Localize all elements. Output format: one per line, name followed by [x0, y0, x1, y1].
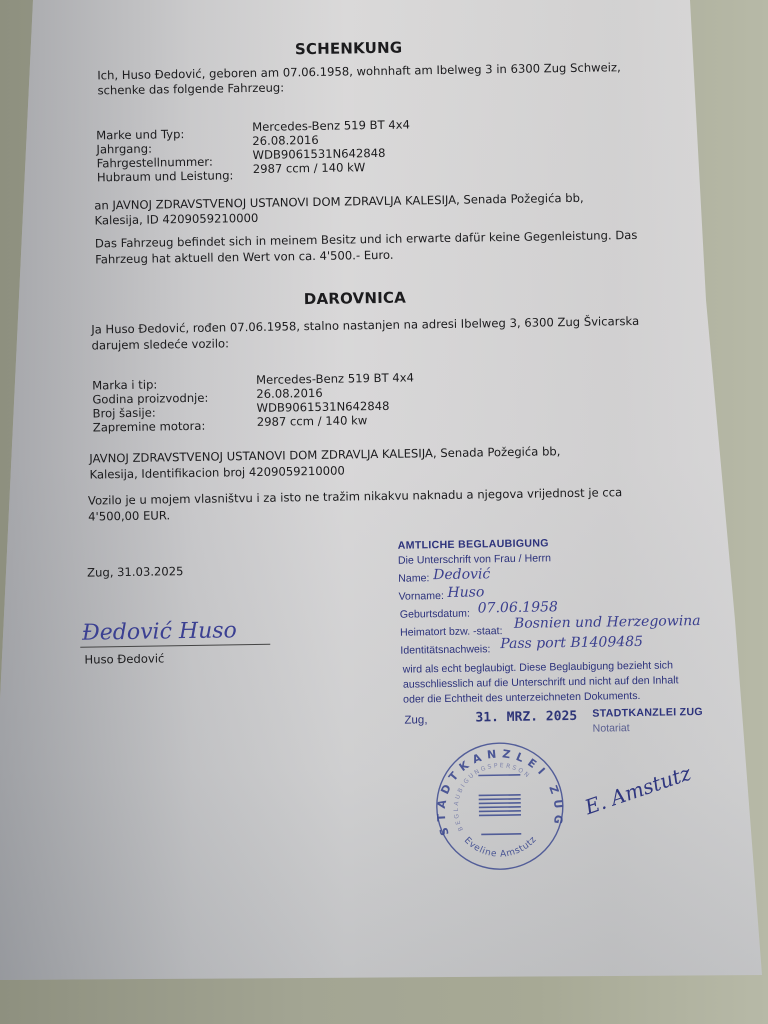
- cert-place: Zug,: [404, 715, 427, 727]
- cert-label-vorname: Vorname:: [398, 591, 444, 602]
- schenkung-intro-line2: schenke das folgende Fahrzeug:: [97, 82, 284, 97]
- field-value: 2987 ccm / 140 kW: [253, 160, 366, 176]
- field-label: Jahrgang:: [96, 142, 152, 157]
- cert-value-name: Dedović: [433, 567, 490, 582]
- certification-heading: AMTLICHE BEGLAUBIGUNG: [398, 538, 549, 551]
- field-label: Zapremine motora:: [93, 419, 206, 435]
- cert-value-vorname: Huso: [447, 585, 484, 600]
- darovnica-closing-line1: Vozilo je u mojem vlasništvu i za isto n…: [88, 487, 622, 507]
- cert-office: STADTKANZLEI ZUG: [592, 707, 703, 719]
- cert-statement-line1: wird als echt beglaubigt. Diese Beglaubi…: [403, 660, 673, 675]
- svg-text:STADTKANZLEI ZUG: STADTKANZLEI ZUG: [434, 746, 566, 837]
- darovnica-title: DAROVNICA: [304, 291, 406, 308]
- cert-label-name: Name:: [398, 573, 429, 584]
- darovnica-intro-line2: darujem sledeće vozilo:: [91, 338, 229, 352]
- schenkung-closing-line1: Das Fahrzeug befindet sich in meinem Bes…: [95, 230, 638, 250]
- cert-statement-line3: oder die Echtheit des unterzeichneten Do…: [403, 691, 640, 705]
- field-label: Hubraum und Leistung:: [97, 168, 234, 184]
- official-stamp-seal: STADTKANZLEI ZUG BEGLAUBIGUNGSPERSON Eve…: [434, 740, 566, 872]
- stamp-outer-text: STADTKANZLEI ZUG: [434, 746, 566, 837]
- schenkung-intro-line1: Ich, Huso Đedović, geboren am 07.06.1958…: [97, 62, 621, 82]
- field-value: WDB9061531N642848: [256, 399, 389, 415]
- cert-value-geburtsdatum: 07.06.1958: [478, 600, 558, 615]
- cert-statement-line2: ausschliesslich auf die Unterschrift und…: [403, 675, 679, 690]
- schenkung-recipient-line1: an JAVNOJ ZDRAVSTVENOJ USTANOVI DOM ZDRA…: [94, 193, 583, 212]
- field-label: Marke und Typ:: [96, 127, 184, 142]
- cert-office-sub: Notariat: [593, 723, 630, 734]
- cert-label-identitaet: Identitätsnachweis:: [400, 644, 490, 656]
- schenkung-closing-line2: Fahrzeug hat aktuell den Wert von ca. 4'…: [95, 250, 394, 266]
- notary-signature: E. Amstutz: [582, 763, 693, 818]
- cert-value-identitaet: Pass port B1409485: [500, 635, 643, 651]
- stamp-bottom-text: Eveline Amstutz: [462, 835, 539, 861]
- place-date: Zug, 31.03.2025: [87, 566, 184, 579]
- cert-value-heimatort: Bosnien und Herzegowina: [514, 614, 701, 631]
- darovnica-closing-line2: 4'500,00 EUR.: [88, 510, 170, 523]
- field-value: 26.08.2016: [256, 386, 323, 401]
- handwritten-signature: Đedović Huso: [82, 620, 237, 644]
- field-value: 2987 ccm / 140 kw: [257, 413, 368, 429]
- schenkung-title: SCHENKUNG: [295, 41, 403, 58]
- field-label: Marka i tip:: [92, 377, 157, 392]
- field-value: Mercedes-Benz 519 BT 4x4: [252, 117, 410, 133]
- darovnica-recipient-line2: Kalesija, Identifikacion broj 4209059210…: [89, 466, 344, 482]
- document-content: SCHENKUNG Ich, Huso Đedović, geboren am …: [0, 0, 768, 1024]
- schenkung-recipient-line2: Kalesija, ID 4209059210000: [94, 213, 258, 227]
- cert-date-stamp: 31. MRZ. 2025: [475, 710, 577, 725]
- svg-text:Eveline Amstutz: Eveline Amstutz: [462, 835, 539, 861]
- field-label: Broj šasije:: [92, 406, 155, 421]
- cert-label-geburtsdatum: Geburtsdatum:: [400, 609, 470, 621]
- cert-label-heimatort: Heimatort bzw. -staat:: [400, 626, 503, 638]
- printed-name: Huso Đedović: [84, 653, 164, 666]
- stamp-center-emblem: [478, 775, 521, 835]
- field-value: 26.08.2016: [252, 133, 319, 148]
- certification-subheading: Die Unterschrift von Frau / Herrn: [398, 553, 551, 566]
- field-label: Godina proizvodnje:: [92, 391, 208, 407]
- darovnica-recipient-line1: JAVNOJ ZDRAVSTVENOJ USTANOVI DOM ZDRAVLJ…: [89, 446, 560, 465]
- darovnica-intro-line1: Ja Huso Đedović, rođen 07.06.1958, staln…: [91, 316, 639, 336]
- field-value: Mercedes-Benz 519 BT 4x4: [256, 370, 414, 386]
